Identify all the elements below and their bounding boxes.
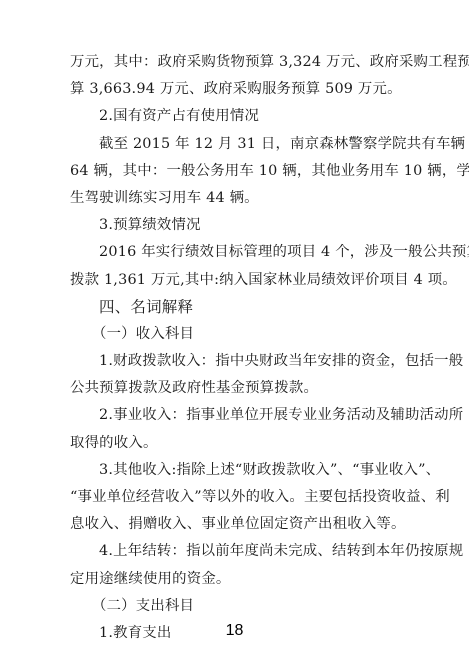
paragraph-line: 拨款 1,361 万元,其中:纳入国家林业局绩效评价项目 4 项。 bbox=[70, 267, 417, 294]
paragraph-line: 2016 年实行绩效目标管理的项目 4 个，涉及一般公共预算 bbox=[70, 239, 417, 266]
paragraph-line: 截至 2015 年 12 月 31 日，南京森林警察学院共有车辆 bbox=[70, 131, 417, 158]
paragraph-line: 定用途继续使用的资金。 bbox=[70, 566, 417, 593]
paragraph-line: 3.其他收入:指除上述“财政拨款收入”、“事业收入”、 bbox=[70, 457, 417, 484]
paragraph-line: “事业单位经营收入”等以外的收入。主要包括投资收益、利 bbox=[70, 484, 417, 511]
paragraph-line: 算 3,663.94 万元、政府采购服务预算 509 万元。 bbox=[70, 76, 417, 103]
paragraph-line: 64 辆，其中：一般公务用车 10 辆，其他业务用车 10 辆，学 bbox=[70, 158, 417, 185]
paragraph-line: 2.事业收入：指事业单位开展专业业务活动及辅助活动所 bbox=[70, 402, 417, 429]
paragraph-line: 息收入、捐赠收入、事业单位固定资产出租收入等。 bbox=[70, 511, 417, 538]
page-number: 18 bbox=[0, 622, 469, 640]
subsection-heading-expenditure: （二）支出科目 bbox=[70, 593, 417, 620]
paragraph-line: 1.财政拨款收入：指中央财政当年安排的资金，包括一般 bbox=[70, 348, 417, 375]
subsection-heading-income: （一）收入科目 bbox=[70, 321, 417, 348]
paragraph-line: 取得的收入。 bbox=[70, 430, 417, 457]
chapter-heading-glossary: 四、名词解释 bbox=[70, 294, 417, 321]
paragraph-line: 4.上年结转：指以前年度尚未完成、结转到本年仍按原规 bbox=[70, 538, 417, 565]
section-heading-assets: 2.国有资产占有使用情况 bbox=[70, 103, 417, 130]
paragraph-line: 生驾驶训练实习用车 44 辆。 bbox=[70, 185, 417, 212]
paragraph-line: 公共预算拨款及政府性基金预算拨款。 bbox=[70, 375, 417, 402]
section-heading-performance: 3.预算绩效情况 bbox=[70, 212, 417, 239]
paragraph-line: 万元，其中：政府采购货物预算 3,324 万元、政府采购工程预 bbox=[70, 49, 417, 76]
document-page: 万元，其中：政府采购货物预算 3,324 万元、政府采购工程预 算 3,663.… bbox=[70, 49, 417, 647]
